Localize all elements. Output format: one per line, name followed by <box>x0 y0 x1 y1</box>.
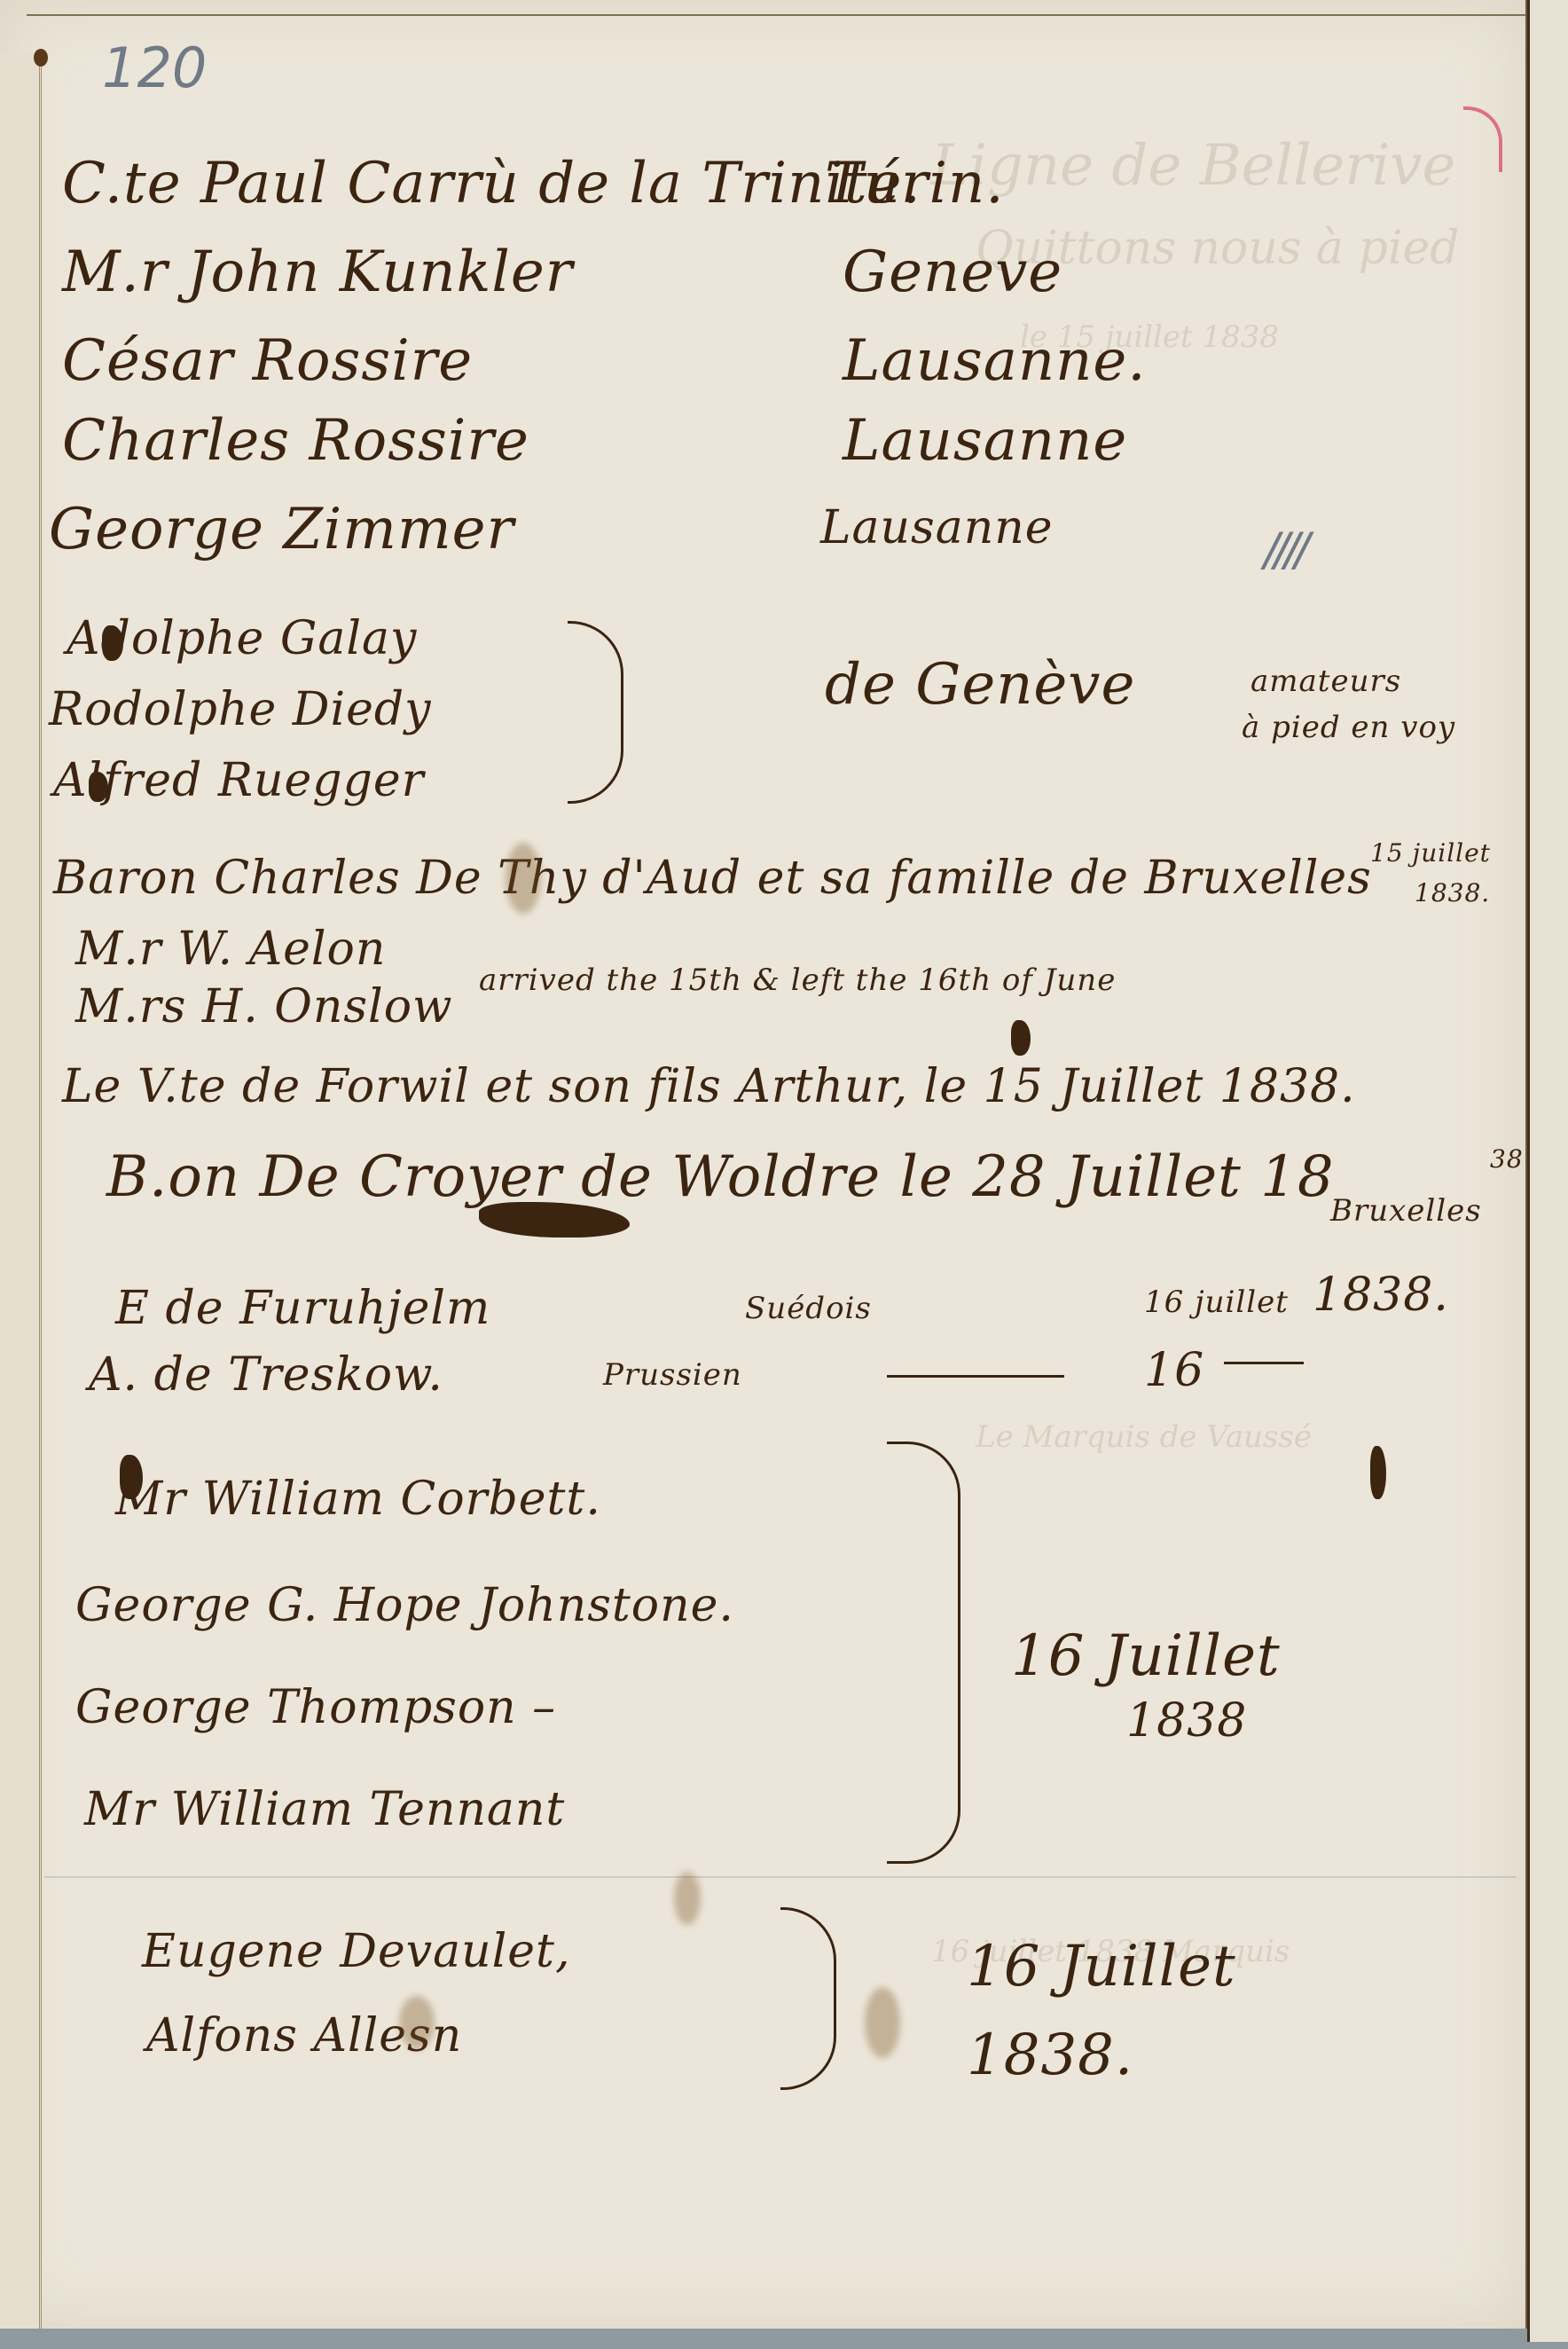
entry-origin: Geneve <box>843 240 1062 305</box>
entry-name: Baron Charles De Thy d'Aud et sa famille… <box>53 852 1372 905</box>
page-top-border <box>27 14 1525 21</box>
entry-origin: Suédois <box>745 1291 872 1326</box>
register-page: Ligne de Bellerive Quittons nous à pied … <box>0 0 1527 2329</box>
bleed-through-text: Ligne de Bellerive <box>931 133 1455 199</box>
group-note: amateurs <box>1250 664 1401 699</box>
entry-year: 1838. <box>1313 1269 1449 1322</box>
group-date: 16 Juillet <box>967 1934 1236 1999</box>
entry-note: arrived the 15th & left the 16th of June <box>479 962 1116 998</box>
entry-name: E de Furuhjelm <box>115 1282 490 1335</box>
entry-name: Charles Rossire <box>62 408 529 474</box>
entry-origin: Prussien <box>603 1357 742 1393</box>
entry-name: M.r W. Aelon <box>75 923 386 976</box>
entry-origin: Lausanne <box>843 408 1127 474</box>
ink-stain <box>399 1996 435 2049</box>
entry-name: A. de Treskow. <box>89 1348 443 1402</box>
entry-year: 1838. <box>1415 878 1490 907</box>
entry-name: George G. Hope Johnstone. <box>75 1579 734 1632</box>
adjacent-page-edge <box>1527 0 1568 2342</box>
group-year: 1838 <box>1126 1694 1247 1748</box>
entry-date: 16 <box>1144 1344 1204 1397</box>
group-note: à pied en voy <box>1242 710 1455 745</box>
pencil-tally-mark: //// <box>1264 523 1305 577</box>
grouping-brace <box>780 1907 836 2090</box>
entry-name: M.r John Kunkler <box>62 240 573 305</box>
ink-blot <box>89 772 108 802</box>
entry-date: 15 juillet <box>1370 838 1491 868</box>
ink-stain <box>506 843 541 914</box>
page-left-edge <box>0 53 42 2329</box>
grouping-brace <box>887 1442 960 1864</box>
grouping-brace <box>568 621 623 804</box>
red-mark <box>1463 106 1502 172</box>
entry-origin: Turin. <box>825 151 1005 216</box>
entry-name: Mr William Corbett. <box>115 1473 601 1526</box>
ruled-line <box>44 1876 1517 1878</box>
entry-name: George Thompson – <box>75 1681 556 1734</box>
ink-blot <box>1011 1020 1031 1056</box>
ink-blot <box>120 1455 143 1499</box>
group-origin: de Genève <box>825 652 1135 718</box>
entry-name: Mr William Tennant <box>84 1783 565 1836</box>
entry-year: 38 <box>1490 1144 1524 1174</box>
page-number: 120 <box>102 35 207 100</box>
entry-name: M.rs H. Onslow <box>75 980 453 1033</box>
entry-name: Eugene Devaulet, <box>142 1925 570 1978</box>
entry-name: George Zimmer <box>49 497 514 562</box>
ink-stain <box>674 1872 701 1925</box>
ink-blot <box>1370 1446 1386 1499</box>
entry-name: C.te Paul Carrù de la Trinité. <box>62 151 921 216</box>
ink-blot <box>102 625 123 661</box>
entry-origin: Lausanne. <box>843 328 1147 394</box>
ink-spot <box>34 49 48 67</box>
group-date: 16 Juillet <box>1011 1623 1281 1689</box>
group-year: 1838. <box>967 2023 1133 2088</box>
entry-origin: Bruxelles <box>1330 1193 1482 1229</box>
entry-name: César Rossire <box>62 328 473 394</box>
entry-name: B.on De Croyer de Woldre le 28 Juillet 1… <box>106 1144 1335 1210</box>
entry-name: Alfred Ruegger <box>53 754 425 807</box>
entry-name: Rodolphe Diedy <box>49 683 432 736</box>
ditto-line <box>1224 1362 1304 1364</box>
entry-name: Le V.te de Forwil et son fils Arthur, le… <box>62 1060 1356 1113</box>
ink-stain <box>865 1987 900 2058</box>
entry-origin: Lausanne <box>820 501 1053 554</box>
ditto-line <box>887 1375 1064 1378</box>
bleed-through-text: Le Marquis de Vaussé <box>976 1419 1312 1455</box>
entry-date: 16 juillet <box>1144 1284 1289 1320</box>
